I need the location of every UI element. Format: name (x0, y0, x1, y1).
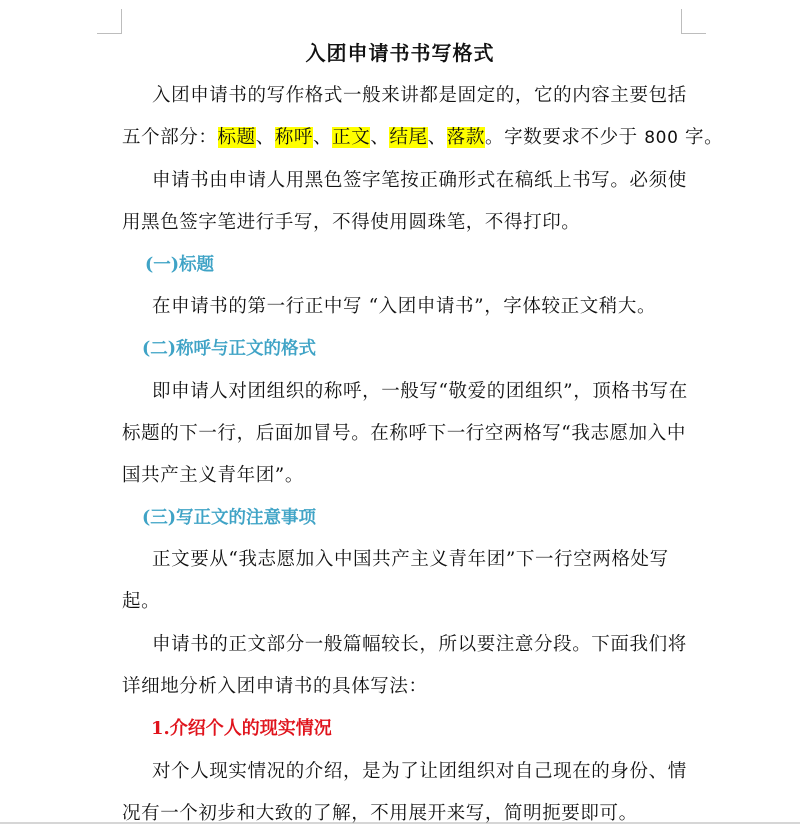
word-count-value: 800 (644, 128, 678, 148)
section-2-line-1: 即申请人对团组织的称呼，一般写“敬爱的团组织”，顶格书写在 (152, 377, 722, 407)
subsection-heading-personal-situation: 1.介绍个人的现实情况 (151, 714, 332, 744)
document-title: 入团申请书书写格式 (0, 38, 800, 68)
highlight-salutation: 称呼 (275, 127, 313, 148)
paragraph-1-line-1: 入团申请书的写作格式一般来讲都是固定的，它的内容主要包括 (152, 81, 722, 111)
highlight-title: 标题 (218, 127, 256, 148)
section-heading-body-notes: (三)写正文的注意事项 (142, 503, 316, 533)
section-3-para-2-line-2: 详细地分析入团申请书的具体写法： (122, 672, 692, 702)
separator: 、 (313, 127, 332, 148)
separator: 、 (256, 127, 275, 148)
separator: 、 (428, 127, 447, 148)
section-heading-title: (一)标题 (145, 250, 214, 280)
word-count-unit: 字。 (679, 127, 724, 148)
margin-corner-top-right (681, 9, 706, 34)
highlight-signature: 落款 (447, 127, 485, 148)
subsection-1-line-2: 况有一个初步和大致的了解，不用展开来写，简明扼要即可。 (122, 799, 692, 826)
separator: 、 (370, 127, 389, 148)
section-2-line-2: 标题的下一行，后面加冒号。在称呼下一行空两格写“我志愿加入中 (122, 419, 692, 449)
paragraph-2-line-2: 用黑色签字笔进行手写，不得使用圆珠笔，不得打印。 (122, 208, 692, 238)
section-heading-salutation-format: (二)称呼与正文的格式 (142, 334, 316, 364)
paragraph-2-line-1: 申请书由申请人用黑色签字笔按正确形式在稿纸上书写。必须使 (152, 166, 722, 196)
document-page: 入团申请书书写格式 入团申请书的写作格式一般来讲都是固定的，它的内容主要包括 五… (0, 0, 800, 824)
section-3-para-2-line-1: 申请书的正文部分一般篇幅较长，所以要注意分段。下面我们将 (152, 630, 722, 660)
highlight-body: 正文 (332, 127, 370, 148)
section-3-para-1-line-1: 正文要从“我志愿加入中国共产主义青年团”下一行空两格处写 (152, 545, 722, 575)
paragraph-1-line-2: 五个部分：标题、称呼、正文、结尾、落款。字数要求不少于 800 字。 (122, 123, 692, 153)
margin-corner-top-left (97, 9, 122, 34)
highlight-ending: 结尾 (389, 127, 427, 148)
section-2-line-3: 国共产主义青年团”。 (122, 461, 692, 491)
section-3-para-1-line-2: 起。 (122, 587, 692, 617)
section-1-line-1: 在申请书的第一行正中写 “入团申请书”，字体较正文稍大。 (152, 292, 722, 322)
word-count-text: 。字数要求不少于 (485, 127, 644, 148)
parts-prefix: 五个部分： (122, 127, 218, 148)
subsection-1-line-1: 对个人现实情况的介绍，是为了让团组织对自己现在的身份、情 (152, 757, 722, 787)
